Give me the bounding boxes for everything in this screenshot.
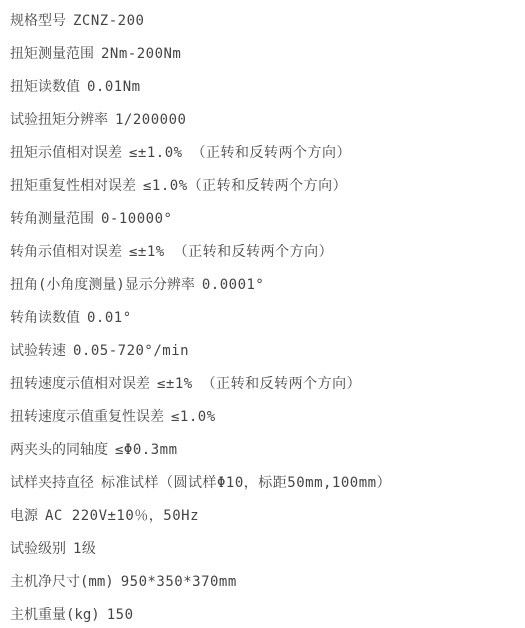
spec-value: ≤1.0% <box>171 401 216 434</box>
spec-label: 两夹头的同轴度 <box>10 434 108 467</box>
spec-value: 0-10000° <box>101 203 172 236</box>
spec-row-coaxiality: 两夹头的同轴度 ≤Φ0.3mm <box>10 434 525 467</box>
spec-row-torque-resolution: 试验扭矩分辨率 1/200000 <box>10 104 525 137</box>
spec-row-specimen-diameter: 试样夹持直径 标准试样（圆试样Φ10，标距50mm,100mm） <box>10 467 525 500</box>
spec-label: 转角测量范围 <box>10 203 94 236</box>
spec-label: 试验扭矩分辨率 <box>10 104 108 137</box>
spec-value: 2Nm-200Nm <box>101 38 181 71</box>
spec-label: 转角读数值 <box>10 302 80 335</box>
spec-value: 标准试样（圆试样Φ10，标距50mm,100mm） <box>101 467 391 500</box>
spec-value: ZCNZ-200 <box>73 5 144 38</box>
spec-label: 扭转速度示值重复性误差 <box>10 401 164 434</box>
spec-row-torque-range: 扭矩测量范围 2Nm-200Nm <box>10 38 525 71</box>
spec-value: ≤Φ0.3mm <box>115 434 178 467</box>
spec-label: 试样夹持直径 <box>10 467 94 500</box>
spec-value: 1/200000 <box>115 104 186 137</box>
spec-label: 主机净尺寸(mm) <box>10 566 114 599</box>
spec-value: AC 220V±10％，50Hz <box>45 500 199 533</box>
spec-value: 1级 <box>73 533 96 566</box>
spec-label: 扭矩示值相对误差 <box>10 137 122 170</box>
spec-row-test-speed: 试验转速 0.05-720°/min <box>10 335 525 368</box>
spec-value: 0.01° <box>87 302 132 335</box>
spec-value: 950*350*370mm <box>121 566 237 599</box>
spec-label: 规格型号 <box>10 5 66 38</box>
spec-value: 150 <box>107 599 134 628</box>
spec-value: 0.01Nm <box>87 71 141 104</box>
spec-value: ≤1.0%（正转和反转两个方向） <box>143 170 347 203</box>
spec-label: 电源 <box>10 500 38 533</box>
spec-value: ≤±1.0% （正转和反转两个方向） <box>129 137 351 170</box>
spec-value: ≤±1% （正转和反转两个方向） <box>129 236 333 269</box>
spec-value: 0.0001° <box>202 269 265 302</box>
spec-row-torque-error: 扭矩示值相对误差 ≤±1.0% （正转和反转两个方向） <box>10 137 525 170</box>
spec-row-power-supply: 电源 AC 220V±10％，50Hz <box>10 500 525 533</box>
spec-label: 扭角(小角度测量)显示分辨率 <box>10 269 195 302</box>
spec-list: 规格型号 ZCNZ-200 扭矩测量范围 2Nm-200Nm 扭矩读数值 0.0… <box>0 0 525 628</box>
spec-label: 扭矩读数值 <box>10 71 80 104</box>
spec-label: 转角示值相对误差 <box>10 236 122 269</box>
spec-value: 0.05-720°/min <box>73 335 189 368</box>
spec-row-model: 规格型号 ZCNZ-200 <box>10 5 525 38</box>
spec-label: 试验级别 <box>10 533 66 566</box>
spec-label: 扭转速度示值相对误差 <box>10 368 150 401</box>
spec-row-torque-reading: 扭矩读数值 0.01Nm <box>10 71 525 104</box>
spec-row-dimensions: 主机净尺寸(mm) 950*350*370mm <box>10 566 525 599</box>
spec-row-angle-reading: 转角读数值 0.01° <box>10 302 525 335</box>
spec-label: 主机重量(kg) <box>10 599 100 628</box>
spec-label: 扭矩重复性相对误差 <box>10 170 136 203</box>
spec-row-angle-error: 转角示值相对误差 ≤±1% （正转和反转两个方向） <box>10 236 525 269</box>
spec-row-torque-repeatability: 扭矩重复性相对误差 ≤1.0%（正转和反转两个方向） <box>10 170 525 203</box>
spec-row-angle-range: 转角测量范围 0-10000° <box>10 203 525 236</box>
spec-label: 扭矩测量范围 <box>10 38 94 71</box>
spec-label: 试验转速 <box>10 335 66 368</box>
spec-row-test-grade: 试验级别 1级 <box>10 533 525 566</box>
spec-row-speed-repeatability: 扭转速度示值重复性误差 ≤1.0% <box>10 401 525 434</box>
spec-value: ≤±1% （正转和反转两个方向） <box>157 368 361 401</box>
spec-row-weight: 主机重量(kg) 150 <box>10 599 525 628</box>
spec-row-small-angle-resolution: 扭角(小角度测量)显示分辨率 0.0001° <box>10 269 525 302</box>
spec-row-speed-error: 扭转速度示值相对误差 ≤±1% （正转和反转两个方向） <box>10 368 525 401</box>
